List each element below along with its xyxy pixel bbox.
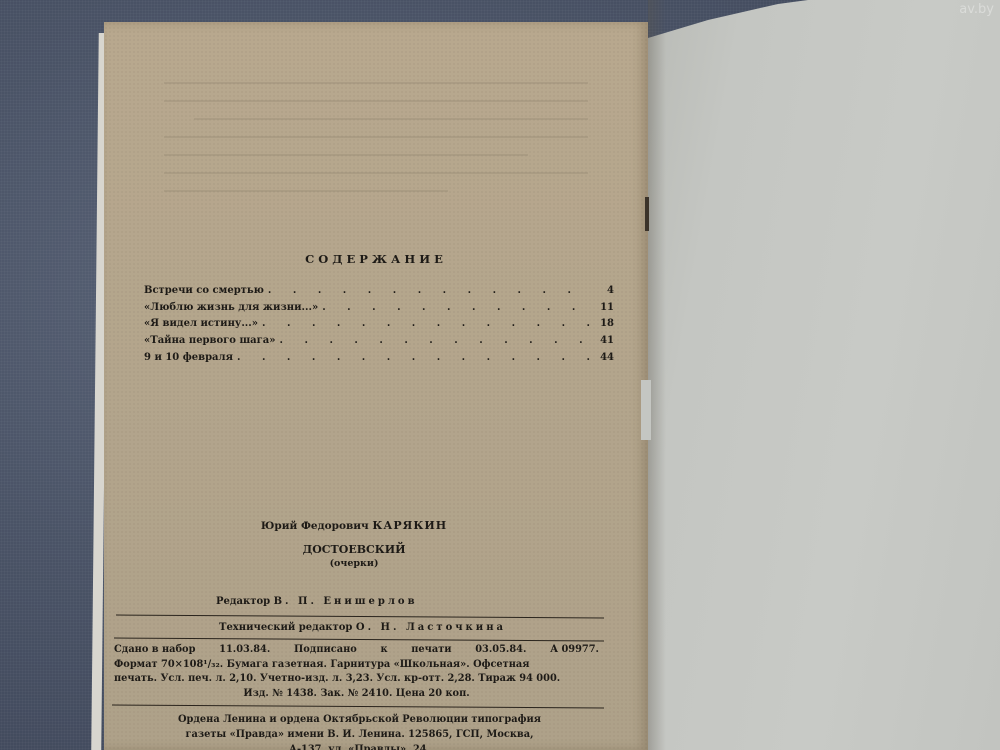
- dot-leader: . . . . . . . . . . . . . . . . . . . . …: [262, 318, 590, 329]
- toc-entry-title: «Люблю жизнь для жизни...»: [144, 302, 322, 313]
- toc-entry-page: 4: [590, 285, 614, 296]
- imprint-line: печать. Усл. печ. л. 2,10. Учетно-изд. л…: [114, 672, 599, 687]
- bleed-through-line: [164, 82, 588, 84]
- page-notch: [641, 380, 651, 440]
- toc-entry: «Я видел истину...» . . . . . . . . . . …: [144, 313, 614, 330]
- toc-entry: Встречи со смертью . . . . . . . . . . .…: [144, 279, 614, 296]
- book-subtitle: (очерки): [104, 558, 604, 569]
- toc-entry: «Тайна первого шага» . . . . . . . . . .…: [144, 329, 614, 346]
- printer-line: газеты «Правда» имени В. И. Ленина. 1258…: [112, 727, 607, 742]
- tech-editor-name: О. Н. Ласточкина: [356, 622, 506, 633]
- toc-entry-title: Встречи со смертью: [144, 285, 268, 296]
- dot-leader: . . . . . . . . . . . . . . . . . . . . …: [268, 285, 590, 296]
- editor-name: В. П. Енишерлов: [274, 596, 418, 607]
- gutter-shadow: [648, 0, 666, 750]
- divider: [116, 615, 604, 619]
- table-of-contents: Встречи со смертью . . . . . . . . . . .…: [144, 279, 614, 363]
- book-title: ДОСТОЕВСКИЙ: [104, 543, 604, 556]
- bleed-through-line: [164, 190, 448, 192]
- toc-entry-title: 9 и 10 февраля: [144, 352, 237, 363]
- toc-entry-page: 44: [590, 352, 614, 363]
- imprint-line: Формат 70×108¹/₃₂. Бумага газетная. Гарн…: [114, 658, 599, 673]
- printer-line: А-137, ул. «Правды», 24.: [112, 742, 607, 750]
- imprint-text: печати: [411, 643, 451, 658]
- imprint-text: А 09977.: [550, 643, 599, 658]
- imprint-text: 03.05.84.: [475, 643, 526, 658]
- right-page-blank: [648, 0, 1000, 750]
- toc-entry-page: 11: [590, 302, 614, 313]
- dot-leader: . . . . . . . . . . . . . . . . . . . . …: [237, 352, 590, 363]
- editor-role: Редактор: [216, 596, 270, 607]
- divider: [114, 638, 604, 642]
- author-given-names: Юрий Федорович: [261, 520, 369, 532]
- signature-mark: [645, 197, 649, 231]
- toc-heading: СОДЕРЖАНИЕ: [104, 252, 648, 266]
- imprint-text: Сдано в набор: [114, 643, 195, 658]
- bleed-through-line: [164, 136, 588, 138]
- toc-entry: 9 и 10 февраля . . . . . . . . . . . . .…: [144, 346, 614, 363]
- tech-editor-role: Технический редактор: [219, 622, 352, 633]
- bleed-through-line: [164, 154, 528, 156]
- imprint-line: Сдано в набор 11.03.84. Подписано к печа…: [114, 643, 599, 658]
- editor-credit: Редактор В. П. Енишерлов: [216, 596, 418, 607]
- bleed-through-line: [164, 100, 588, 102]
- imprint-text: Подписано: [294, 643, 357, 658]
- imprint-text: Формат 70×108¹/₃₂. Бумага газетная. Гарн…: [114, 658, 530, 673]
- tech-editor-credit: Технический редактор О. Н. Ласточкина: [219, 622, 506, 633]
- author-line: Юрий Федорович КАРЯКИН: [104, 519, 604, 532]
- watermark: av.by: [959, 2, 994, 17]
- imprint-text: к: [380, 643, 387, 658]
- author-surname: КАРЯКИН: [372, 519, 447, 532]
- dot-leader: . . . . . . . . . . . . . . . . . . . . …: [280, 335, 590, 346]
- divider: [112, 704, 604, 708]
- imprint-text: 11.03.84.: [219, 643, 270, 658]
- toc-entry-page: 41: [590, 335, 614, 346]
- toc-entry-title: «Тайна первого шага»: [144, 335, 280, 346]
- printer-line: Ордена Ленина и ордена Октябрьской Револ…: [112, 712, 607, 727]
- toc-entry-title: «Я видел истину...»: [144, 318, 262, 329]
- imprint-block: Сдано в набор 11.03.84. Подписано к печа…: [114, 643, 599, 701]
- imprint-text: Изд. № 1438. Зак. № 2410. Цена 20 коп.: [243, 687, 469, 702]
- imprint-line: Изд. № 1438. Зак. № 2410. Цена 20 коп.: [114, 687, 599, 702]
- left-page: СОДЕРЖАНИЕ Встречи со смертью . . . . . …: [104, 22, 648, 750]
- dot-leader: . . . . . . . . . . . . . . . . . . . . …: [322, 302, 590, 313]
- imprint-text: печать. Усл. печ. л. 2,10. Учетно-изд. л…: [114, 672, 560, 687]
- toc-entry-page: 18: [590, 318, 614, 329]
- printer-info: Ордена Ленина и ордена Октябрьской Револ…: [112, 712, 607, 750]
- bleed-through-line: [194, 118, 588, 120]
- toc-entry: «Люблю жизнь для жизни...» . . . . . . .…: [144, 296, 614, 313]
- bleed-through-line: [164, 172, 588, 174]
